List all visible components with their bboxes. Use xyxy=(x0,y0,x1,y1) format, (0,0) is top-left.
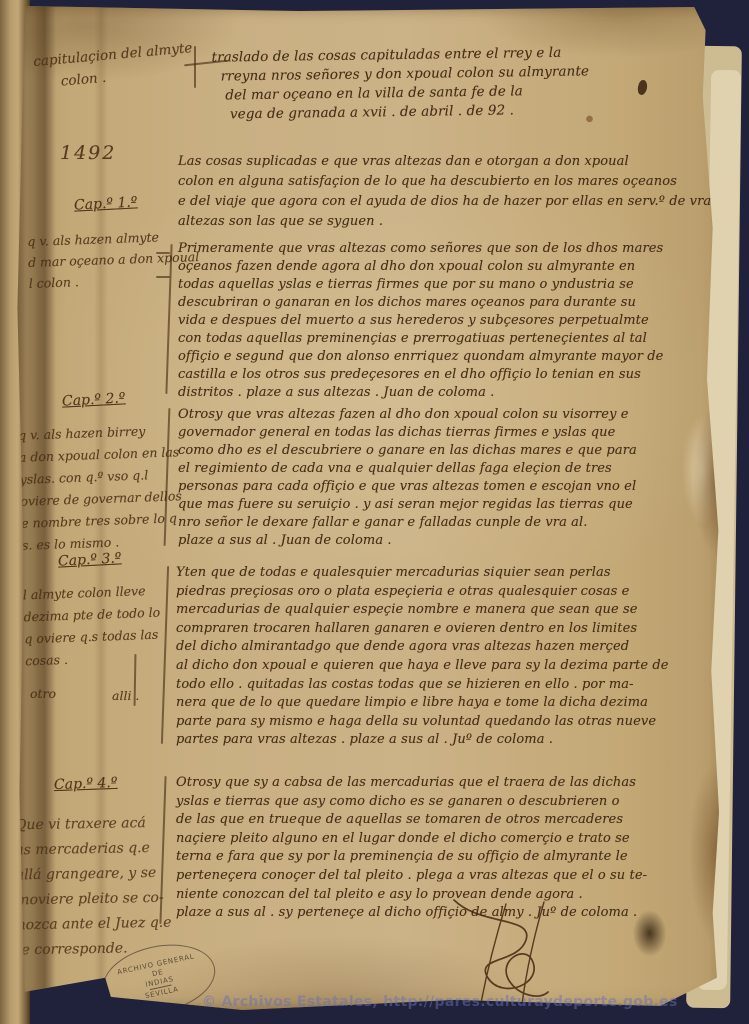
chapter3-paragraph: Yten que de todas e qualesquier mercadur… xyxy=(176,564,669,750)
margin-note-title: capitulaçion del almyte colon . xyxy=(32,37,195,95)
preamble-paragraph: Las cosas suplicadas e que vras altezas … xyxy=(178,152,718,232)
copyright-watermark: © Archivos Estatales, http://pares.cultu… xyxy=(202,994,678,1010)
manuscript-scan: capitulaçion del almyte colon . 1492 Cap… xyxy=(0,0,749,1024)
chapter2-margin-note: q v. als hazen birrey a don xpoual colon… xyxy=(18,419,184,557)
margin-tick xyxy=(156,252,170,254)
chapter3-heading: Cap.º 3.º xyxy=(58,550,122,569)
chapter4-heading: Cap.º 4.º xyxy=(54,775,118,793)
header-cross-stroke xyxy=(194,46,196,88)
chapter4-margin-note: Que vi traxere acá as mercaderias q.e al… xyxy=(16,811,172,964)
title-block: traslado de las cosas capituladas entre … xyxy=(211,43,589,124)
chapter2-heading: Cap.º 2.º xyxy=(62,390,126,409)
margin-year: 1492 xyxy=(60,142,116,164)
margin-note-otro: otro xyxy=(30,686,56,701)
chapter1-heading: Cap.º 1.º xyxy=(74,194,138,213)
paragraph-bracket xyxy=(161,566,169,744)
chapter2-paragraph: Otrosy que vras altezas fazen al dho don… xyxy=(178,406,637,550)
margin-tick xyxy=(156,276,170,278)
parchment-page: capitulaçion del almyte colon . 1492 Cap… xyxy=(16,6,724,1014)
chapter1-margin-note: q v. als hazen almyte d mar oçeano a don… xyxy=(27,225,200,294)
chapter1-paragraph: Primeramente que vras altezas como señor… xyxy=(178,240,663,402)
folio-ink-mark xyxy=(636,79,648,96)
chapter3-margin-note: l almyte colon lleve dezima pte de todo … xyxy=(23,580,163,673)
